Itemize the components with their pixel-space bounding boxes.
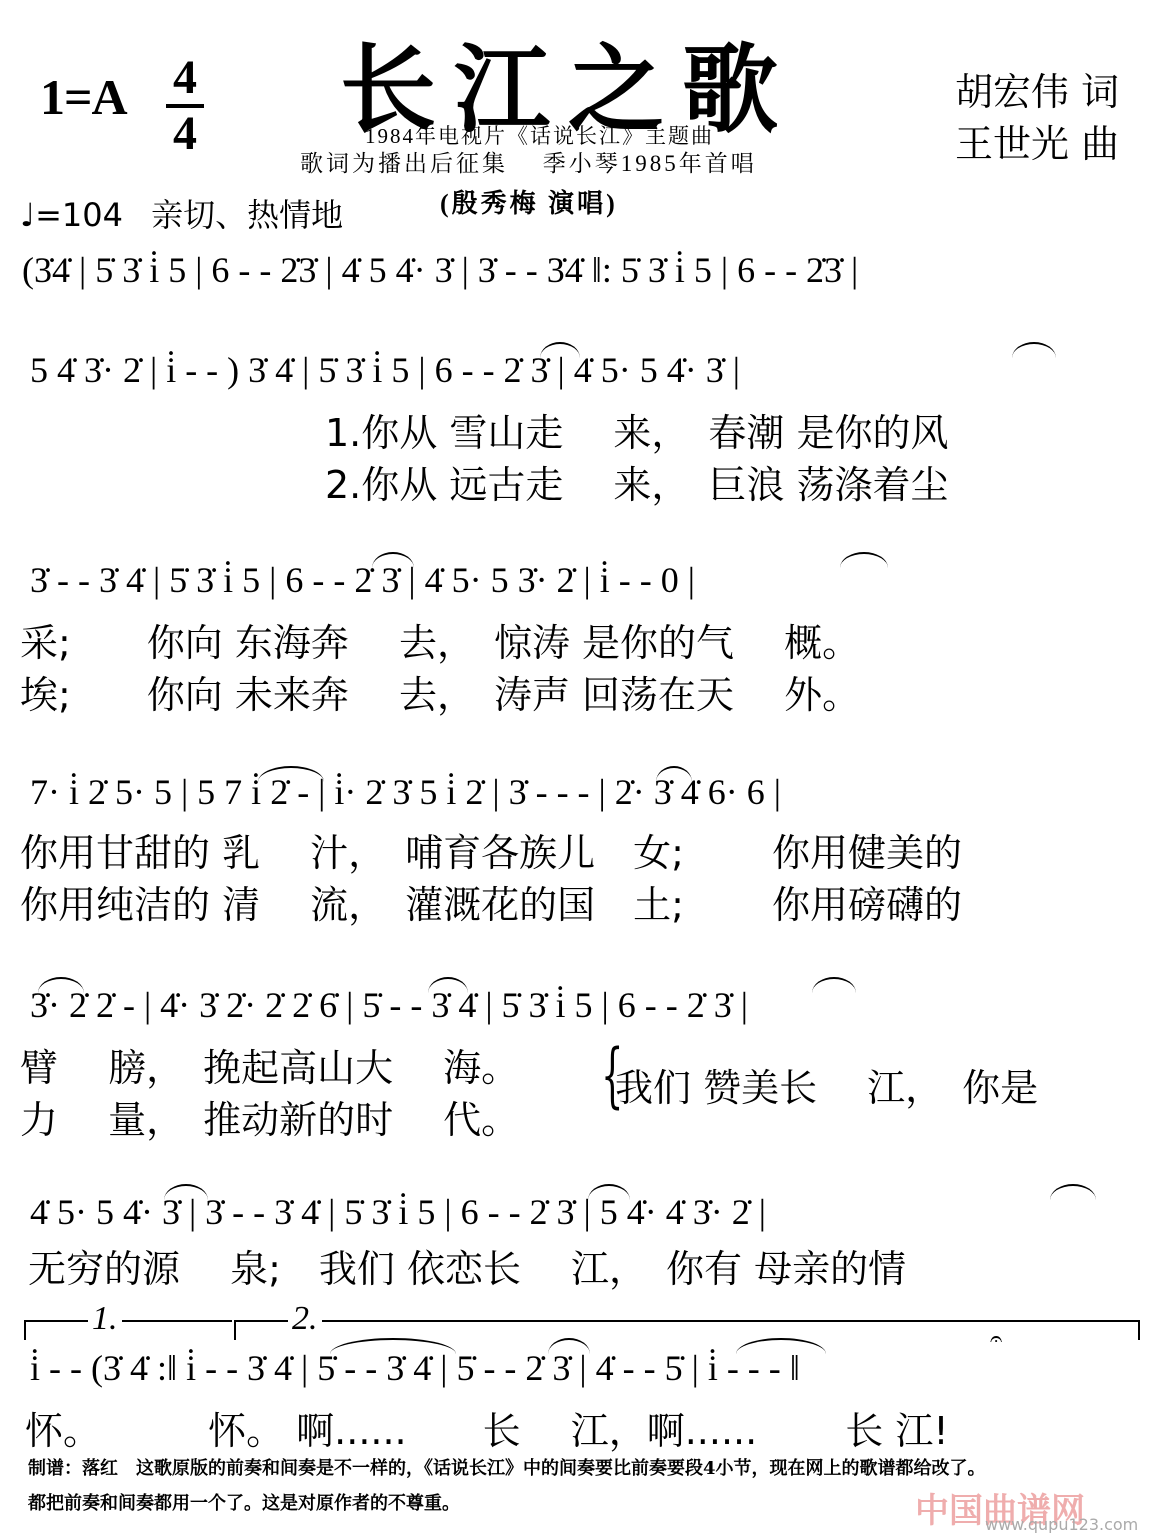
time-signature-bottom: 4	[173, 107, 197, 160]
lyric-verse-2: 2.你从 远古走 来， 巨浪 荡涤着尘	[325, 454, 949, 509]
score-row-2: 5 4̇ 3̇· 2̇ | i̇ - - ) 3̇ 4̇ | 5̇ 3̇ i̇ …	[0, 350, 1162, 410]
lyric-verse-2: 力 量， 推动新的时 代。	[20, 1089, 519, 1144]
tie-slur	[1050, 1184, 1096, 1200]
notation-line: 5 4̇ 3̇· 2̇ | i̇ - - ) 3̇ 4̇ | 5̇ 3̇ i̇ …	[30, 350, 740, 390]
notation-line: 4̇ 5· 5 4̇· 3̇ | 3̇ - - 3̇ 4̇ | 5̇ 3̇ i̇…	[30, 1192, 766, 1232]
notation-line: (3̇4̇ | 5̇ 3̇ i̇ 5 | 6 - - 2̇3̇ | 4̇ 5 4…	[22, 250, 858, 290]
key-signature: 1=A	[40, 68, 127, 126]
brace-icon: {	[601, 1040, 623, 1110]
score-row-4: 7· i̇ 2̇ 5· 5 | 5 7 i̇ 2̇ - | i̇· 2̇ 3̇ …	[0, 772, 1162, 832]
volta-bracket-1: 1.	[24, 1320, 232, 1340]
notation-line: 3̇· 2̇ 2̇ - | 4̇· 3̇ 2̇· 2̇ 2̇ 6̇ | 5̇ -…	[30, 985, 748, 1025]
lyricist: 胡宏伟 词	[955, 66, 1119, 118]
composer: 王世光 曲	[955, 118, 1119, 170]
tie-slur	[1012, 342, 1056, 358]
volta-bracket-2: 2.	[234, 1320, 1140, 1340]
lyric-chorus: 我们 赞美长 江， 你是	[615, 1057, 1038, 1112]
fermata-icon: 𝄐	[990, 1326, 1002, 1352]
score-row-7: 𝄐 i̇ - - (3̇ 4̇ :‖ i̇ - - 3̇ 4̇ | 5̇ - -…	[0, 1348, 1162, 1408]
lyric-verse-1: 采; 你向 东海奔 去， 惊涛 是你的气 概。	[20, 612, 860, 667]
notation-line: i̇ - - (3̇ 4̇ :‖ i̇ - - 3̇ 4̇ | 5̇ - - 3…	[30, 1348, 800, 1388]
lyric-line: 怀。 怀。 啊...... 长 江，啊...... 长 江!	[25, 1400, 949, 1455]
volta-1-label: 1.	[88, 1300, 122, 1338]
tie-slur	[812, 977, 856, 993]
notation-line: 7· i̇ 2̇ 5· 5 | 5 7 i̇ 2̇ - | i̇· 2̇ 3̇ …	[30, 772, 781, 812]
lyric-line: 无穷的源 泉; 我们 依恋长 江， 你有 母亲的情	[28, 1238, 906, 1293]
time-signature: 4 4	[160, 56, 210, 156]
score-row-5: 3̇· 2̇ 2̇ - | 4̇· 3̇ 2̇· 2̇ 2̇ 6̇ | 5̇ -…	[0, 985, 1162, 1045]
expression-marking: 亲切、热情地	[151, 196, 343, 234]
watermark-url: www.qupu123.com	[985, 1515, 1138, 1533]
footer-note-line-1: 制谱：落红 这歌原版的前奏和间奏是不一样的，《话说长江》中的间奏要比前奏要段4小…	[28, 1454, 986, 1480]
tempo-value: ♩=104	[20, 196, 123, 234]
score-row-3: 3̇ - - 3̇ 4̇ | 5̇ 3̇ i̇ 5 | 6 - - 2̇ 3̇ …	[0, 560, 1162, 620]
singer: (殷秀梅 演唱)	[440, 183, 618, 220]
notation-line: 3̇ - - 3̇ 4̇ | 5̇ 3̇ i̇ 5 | 6 - - 2̇ 3̇ …	[30, 560, 695, 600]
footer-note-line-2: 都把前奏和间奏都用一个了。这是对原作者的不尊重。	[28, 1489, 460, 1515]
lyric-verse-1: 你用甘甜的 乳 汁， 哺育各族儿 女; 你用健美的	[20, 822, 962, 877]
credits: 胡宏伟 词 王世光 曲	[955, 66, 1119, 170]
subtitle-premiere: 歌词为播出后征集 季小琴1985年首唱	[300, 145, 757, 178]
lyric-verse-2: 埃; 你向 未来奔 去， 涛声 回荡在天 外。	[20, 664, 860, 719]
lyric-verse-2: 你用纯洁的 清 流， 灌溉花的国 土; 你用磅礴的	[20, 874, 962, 929]
score-row-6: 4̇ 5· 5 4̇· 3̇ | 3̇ - - 3̇ 4̇ | 5̇ 3̇ i̇…	[0, 1192, 1162, 1252]
lyric-verse-1: 臂 膀， 挽起高山大 海。	[20, 1037, 519, 1092]
score-row-1: (3̇4̇ | 5̇ 3̇ i̇ 5 | 6 - - 2̇3̇ | 4̇ 5 4…	[0, 250, 1162, 310]
lyric-verse-1: 1.你从 雪山走 来， 春潮 是你的风	[325, 402, 949, 457]
volta-2-label: 2.	[288, 1300, 322, 1338]
time-signature-top: 4	[173, 51, 197, 104]
tempo-marking: ♩=104 亲切、热情地	[20, 190, 343, 236]
tie-slur	[840, 552, 888, 568]
